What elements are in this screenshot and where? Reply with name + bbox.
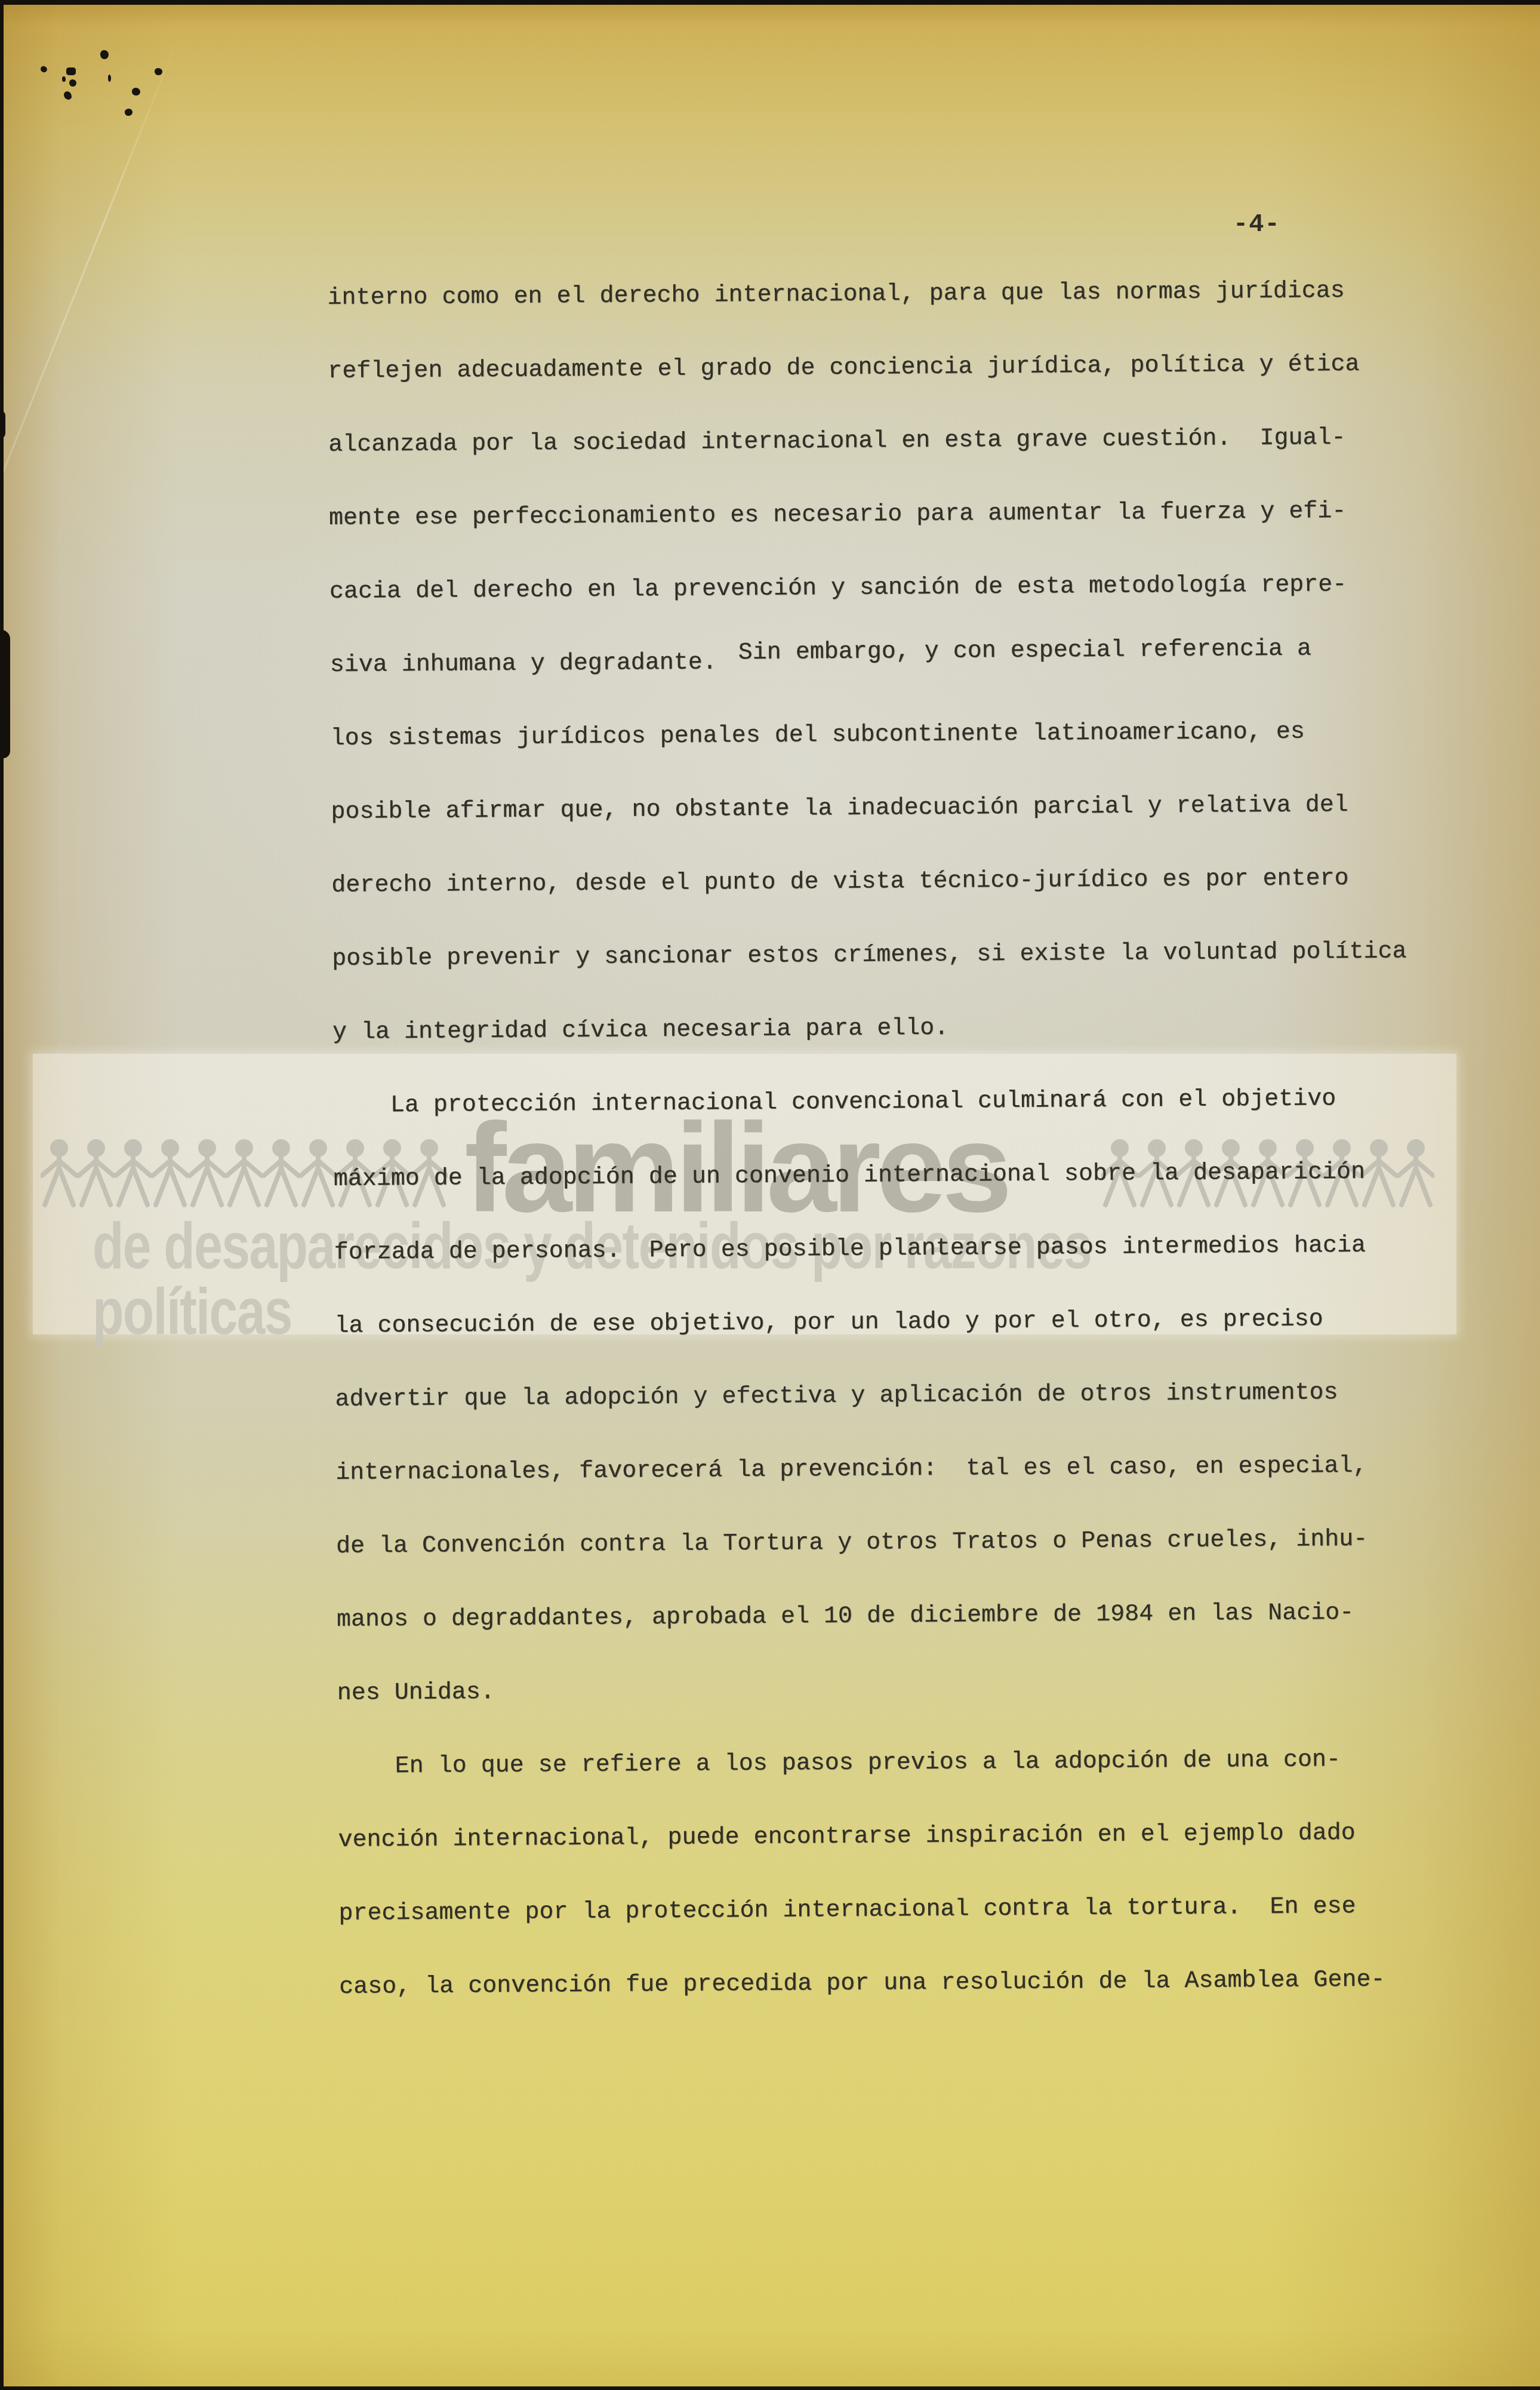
text-line: mente ese perfeccionamiento es necesario… xyxy=(329,474,1464,555)
text-line: cacia del derecho en la prevención y san… xyxy=(329,547,1464,629)
scan-edge-bottom xyxy=(0,2386,1540,2390)
text-line: caso, la convención fue precedida por un… xyxy=(339,1943,1474,2024)
text-line-content: cacia del derecho en la prevención y san… xyxy=(329,571,1347,605)
text-line: reflejen adecuadamente el grado de conci… xyxy=(328,327,1462,408)
text-line: vención internacional, puede encontrarse… xyxy=(338,1796,1473,1877)
text-line: alcanzada por la sociedad internacional … xyxy=(328,401,1463,482)
text-line-content: nes Unidas. xyxy=(337,1679,495,1707)
text-line-content: la consecución de ese objetivo, por un l… xyxy=(334,1306,1323,1340)
text-line: La protección internacional convencional… xyxy=(332,1062,1467,1143)
text-line-content: posible prevenir y sancionar estos críme… xyxy=(332,938,1407,973)
text-line: advertir que la adopción y efectiva y ap… xyxy=(335,1355,1470,1437)
text-line-content: En lo que se refiere a los pasos previos… xyxy=(337,1746,1341,1780)
text-line: internacionales, favorecerá la prevenció… xyxy=(335,1429,1470,1510)
text-line-content: máximo de la adopción de un convenio int… xyxy=(334,1159,1366,1193)
text-line-content: mente ese perfeccionamiento es necesario… xyxy=(329,498,1347,532)
text-line-content: interno como en el derecho internacional… xyxy=(327,278,1345,312)
text-line: siva inhumana y degradante.Sin embargo, … xyxy=(329,621,1464,702)
text-line-content: de la Convención contra la Tortura y otr… xyxy=(336,1526,1368,1560)
scan-edge-left xyxy=(0,0,4,2390)
paper-crease xyxy=(0,36,180,673)
ink-speck xyxy=(155,68,162,75)
text-line: de la Convención contra la Tortura y otr… xyxy=(336,1502,1471,1583)
text-line: y la integridad cívica necesaria para el… xyxy=(332,988,1467,1069)
text-line-content: posible afirmar que, no obstante la inad… xyxy=(331,792,1348,826)
scan-edge-blob xyxy=(0,630,10,758)
text-line: los sistemas jurídicos penales del subco… xyxy=(330,694,1465,776)
ink-speck xyxy=(69,79,76,87)
text-line-content: forzada de personas. Pero es posible pla… xyxy=(334,1232,1366,1266)
text-line-content: precisamente por la protección internaci… xyxy=(338,1893,1356,1927)
text-line: posible prevenir y sancionar estos críme… xyxy=(332,915,1467,996)
ink-speck xyxy=(40,65,48,73)
scanned-page: familiares de desaparecidos y detenidos … xyxy=(0,0,1540,2390)
ink-speck xyxy=(108,75,111,82)
scan-edge-blob xyxy=(0,411,5,438)
text-line: forzada de personas. Pero es posible pla… xyxy=(334,1208,1468,1290)
ink-speck xyxy=(132,88,140,96)
text-line-content: La protección internacional convencional… xyxy=(333,1085,1336,1119)
text-line-content: siva inhumana y degradante. xyxy=(330,649,717,679)
page-number: -4- xyxy=(1233,210,1280,239)
ink-speck xyxy=(66,67,76,75)
text-line-raised-tail: Sin embargo, y con especial referencia a xyxy=(738,636,1311,667)
text-line: la consecución de ese objetivo, por un l… xyxy=(334,1282,1469,1363)
text-line-content: y la integridad cívica necesaria para el… xyxy=(332,1015,948,1046)
text-line: En lo que se refiere a los pasos previos… xyxy=(337,1722,1472,1804)
text-line: posible afirmar que, no obstante la inad… xyxy=(331,768,1465,849)
text-line-content: internacionales, favorecerá la prevenció… xyxy=(335,1453,1367,1487)
text-line: nes Unidas. xyxy=(337,1649,1471,1730)
text-line-content: los sistemas jurídicos penales del subco… xyxy=(330,719,1305,752)
text-line: interno como en el derecho internacional… xyxy=(327,254,1462,335)
text-line-content: alcanzada por la sociedad internacional … xyxy=(328,425,1346,459)
text-line: máximo de la adopción de un convenio int… xyxy=(333,1135,1468,1216)
text-line-content: derecho interno, desde el punto de vista… xyxy=(331,865,1349,899)
text-line-content: advertir que la adopción y efectiva y ap… xyxy=(335,1379,1338,1413)
text-line-content: reflejen adecuadamente el grado de conci… xyxy=(328,351,1360,385)
ink-speck xyxy=(64,91,72,100)
text-line: precisamente por la protección internaci… xyxy=(338,1869,1473,1951)
ink-speck xyxy=(62,76,66,82)
text-line-content: caso, la convención fue precedida por un… xyxy=(339,1967,1385,2001)
ink-speck xyxy=(100,50,109,59)
text-line: manos o degraddantes, aprobada el 10 de … xyxy=(336,1576,1471,1657)
scan-edge-top xyxy=(0,0,1540,5)
text-line-content: manos o degraddantes, aprobada el 10 de … xyxy=(337,1600,1354,1634)
text-line-content: vención internacional, puede encontrarse… xyxy=(338,1820,1356,1854)
ink-speck xyxy=(124,108,134,117)
typewritten-text: interno como en el derecho internacional… xyxy=(327,254,1474,2024)
text-line: derecho interno, desde el punto de vista… xyxy=(331,841,1466,922)
